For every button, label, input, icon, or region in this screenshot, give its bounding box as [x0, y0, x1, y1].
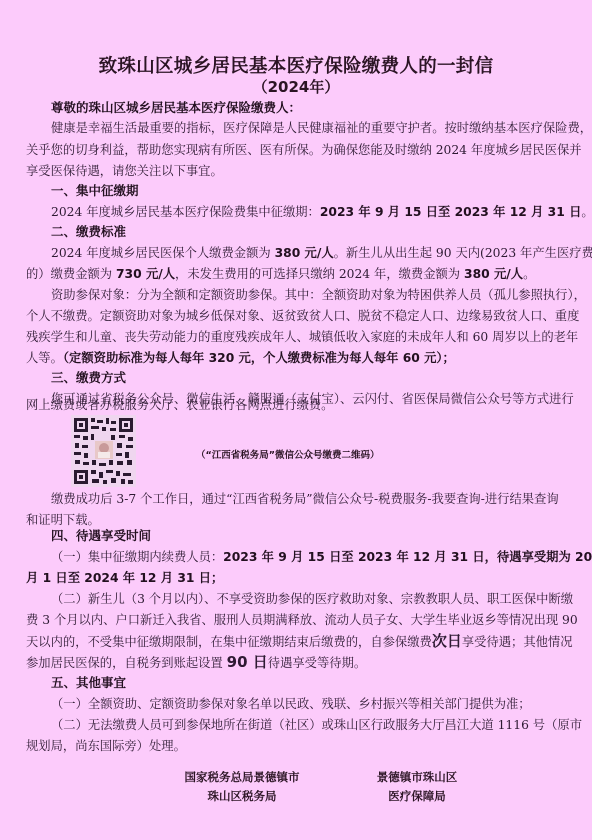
section4-heading: 四、待遇享受时间 — [51, 528, 572, 544]
section4-item1-line1: （一）集中征缴期内续费人员：2023 年 9 月 15 日至 2023 年 12… — [51, 549, 572, 565]
benefit-text: 待遇享受等待期。 — [268, 656, 366, 670]
fee-text: 的）缴费金额为 — [26, 267, 116, 281]
section5-heading: 五、其他事宜 — [51, 675, 572, 691]
section2-p2-line2: 个人不缴费。定额资助对象为城乡低保对象、返贫致贫人口、脱贫不稳定人口、边缘易致贫… — [26, 308, 572, 324]
section1-heading: 一、集中征缴期 — [51, 183, 572, 199]
benefit-dates: 2023 年 9 月 15 日至 2023 年 12 月 31 日，待遇享受期为… — [223, 550, 592, 564]
section2-heading: 二、缴费标准 — [51, 224, 572, 240]
signature-left-line1: 国家税务总局景德镇市 — [182, 769, 302, 785]
intro-line-2: 关乎您的切身利益，帮助您实现病有所医、医有所保。为确保您能及时缴纳 2024 年… — [26, 142, 572, 158]
section2-p2-line1: 资助参保对象：分为全额和定额资助参保。其中：全额资助对象为特困供养人员（孤儿参照… — [51, 287, 572, 303]
section1-text-prefix: 2024 年度城乡居民基本医疗保险费集中征缴期： — [51, 205, 320, 219]
fee-amount-380: 380 元/人 — [464, 267, 523, 281]
signature-left-line2: 珠山区税务局 — [182, 788, 302, 804]
section2-p2-line4: 人等。（定额资助标准为每人每年 320 元，个人缴费标准为每人每年 60 元）； — [26, 350, 572, 366]
signature-right-line1: 景德镇市珠山区 — [372, 769, 462, 785]
qr-code[interactable] — [71, 415, 136, 487]
fee-amount-730: 730 元/人 — [116, 267, 175, 281]
section1-text-suffix: 。 — [581, 205, 592, 219]
section3-after-line1: 缴费成功后 3-7 个工作日，通过“江西省税务局”微信公众号-税费服务-我要查询… — [51, 491, 572, 507]
section3-line2: 网上缴费或者办税服务大厅、农业银行各网点进行缴费。 — [26, 397, 572, 413]
benefit-text: 参加居民医保的，自税务到账起设置 — [26, 656, 227, 670]
benefit-text: 享受待遇；其他情况 — [462, 635, 573, 649]
section4-item1-line2: 月 1 日至 2024 年 12 月 31 日； — [26, 570, 572, 586]
subsidy-text: 人等。 — [26, 351, 63, 365]
letter-page: 致珠山区城乡居民基本医疗保险缴费人的一封信 （2024年） 尊敬的珠山区城乡居民… — [0, 0, 592, 840]
section3-heading: 三、缴费方式 — [51, 370, 572, 386]
letter-subtitle: （2024年） — [0, 76, 592, 97]
intro-line-3: 享受医保待遇，请您关注以下事宜。 — [26, 163, 572, 179]
fee-text: 。 — [523, 267, 535, 281]
section4-item2-line4: 参加居民医保的，自税务到账起设置 90 日待遇享受等待期。 — [26, 654, 572, 671]
section3-after-line2: 和证明下载。 — [26, 512, 572, 528]
fee-amount-380: 380 元/人 — [275, 246, 334, 260]
section4-item2-line2: 费 3 个月以内、户口新迁入我省、服刑人员期满释放、流动人员子女、大学生毕业返乡… — [26, 612, 572, 628]
intro-line-1: 健康是幸福生活最重要的指标，医疗保障是人民健康福祉的重要守护者。按时缴纳基本医疗… — [51, 120, 572, 136]
section2-p1-line1: 2024 年度城乡居民医保个人缴费金额为 380 元/人。新生儿从出生起 90 … — [51, 245, 572, 261]
qr-caption: （“江西省税务局”微信公众号缴费二维码） — [196, 447, 380, 461]
section5-item1: （一）全额资助、定额资助参保对象名单以民政、残联、乡村振兴等相关部门提供为准； — [51, 696, 572, 712]
salutation: 尊敬的珠山区城乡居民基本医疗保险缴费人： — [51, 100, 572, 116]
benefit-text: （一）集中征缴期内续费人员： — [51, 550, 223, 564]
section5-item2-line1: （二）无法缴费人员可到参保地所在街道（社区）或珠山区行政服务大厅昌江大道 111… — [51, 717, 572, 733]
subsidy-standard: （定额资助标准为每人每年 320 元，个人缴费标准为每人每年 60 元）； — [63, 351, 455, 365]
collection-period-dates: 2023 年 9 月 15 日至 2023 年 12 月 31 日 — [320, 205, 582, 219]
fee-text: 2024 年度城乡居民医保个人缴费金额为 — [51, 246, 275, 260]
section4-item2-line3: 天以内的，不受集中征缴期限制，在集中征缴期结束后缴费的，自参保缴费次日享受待遇；… — [26, 633, 572, 650]
section4-item2-line1: （二）新生儿（3 个月以内）、不享受资助参保的医疗救助对象、宗教教职人员、职工医… — [51, 591, 572, 607]
next-day-highlight: 次日 — [432, 632, 462, 650]
fee-text: 。新生儿从出生起 90 天内(2023 年产生医疗费用 — [334, 246, 592, 260]
section2-p1-line2: 的）缴费金额为 730 元/人，未发生费用的可选择只缴纳 2024 年，缴费金额… — [26, 266, 572, 282]
section2-p2-line3: 残疾学生和儿童、丧失劳动能力的重度残疾成年人、城镇低收入家庭的未成年人和 60 … — [26, 329, 572, 345]
section1-text: 2024 年度城乡居民基本医疗保险费集中征缴期：2023 年 9 月 15 日至… — [51, 204, 572, 220]
benefit-text: 天以内的，不受集中征缴期限制，在集中征缴期结束后缴费的，自参保缴费 — [26, 635, 432, 649]
section5-item2-line2: 规划局，尚东国际旁）处理。 — [26, 738, 572, 754]
qr-code-icon — [71, 415, 136, 487]
letter-title: 致珠山区城乡居民基本医疗保险缴费人的一封信 — [0, 52, 592, 78]
signature-right-line2: 医疗保障局 — [372, 788, 462, 804]
fee-text: ，未发生费用的可选择只缴纳 2024 年，缴费金额为 — [175, 267, 464, 281]
waiting-period-highlight: 90 日 — [227, 653, 268, 671]
